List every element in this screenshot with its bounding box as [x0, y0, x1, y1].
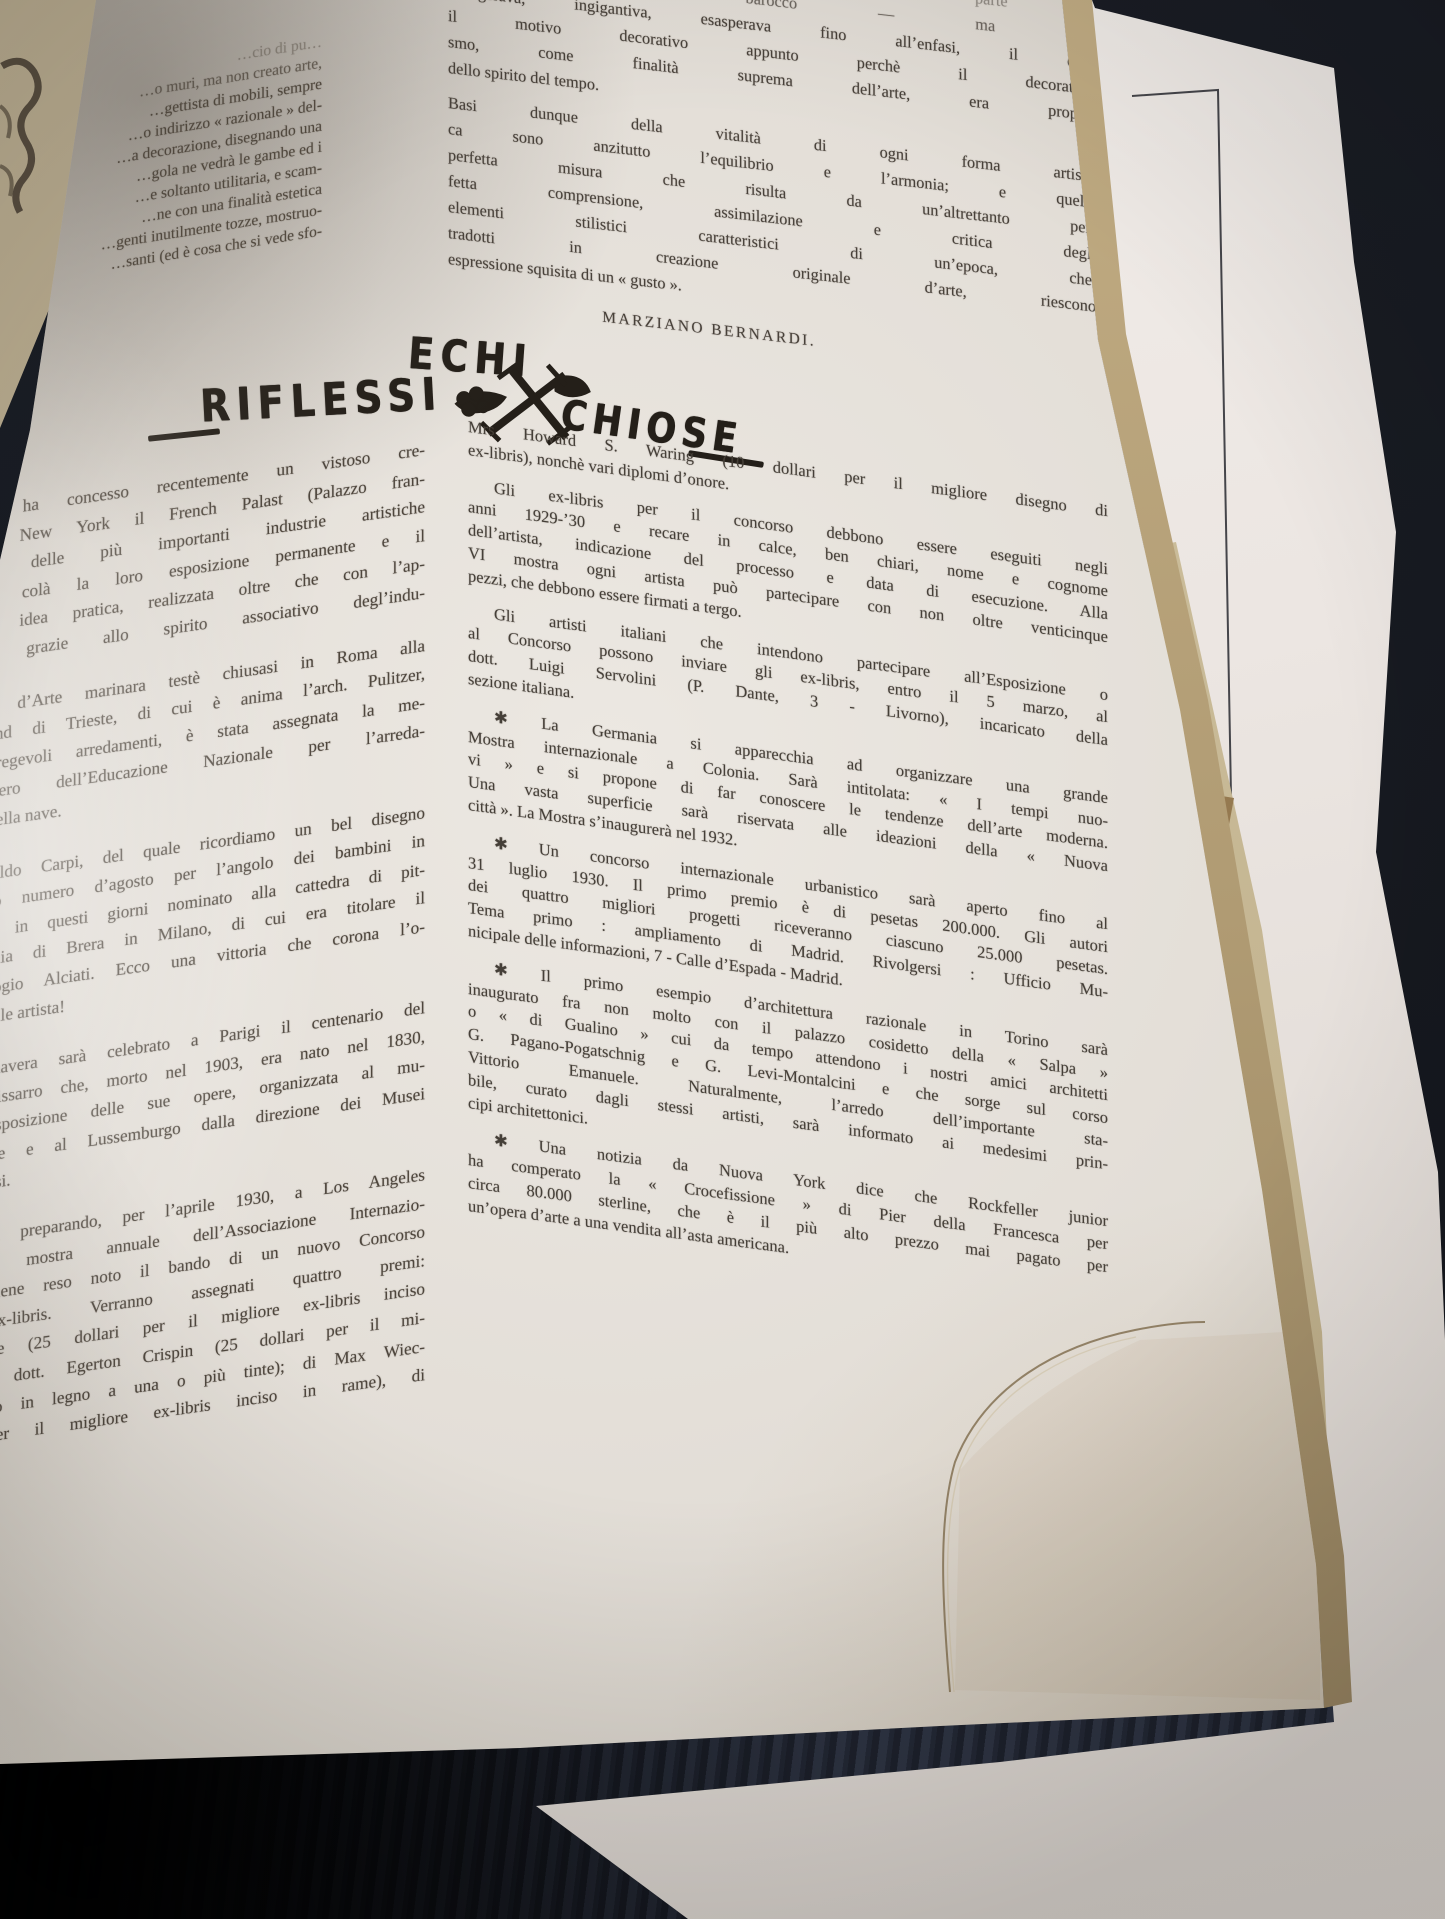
photo-of-magazine-page: osoora-gni …cio di pu……o muri, ma non cr…	[0, 0, 1445, 1919]
etching-fragment	[0, 46, 60, 306]
